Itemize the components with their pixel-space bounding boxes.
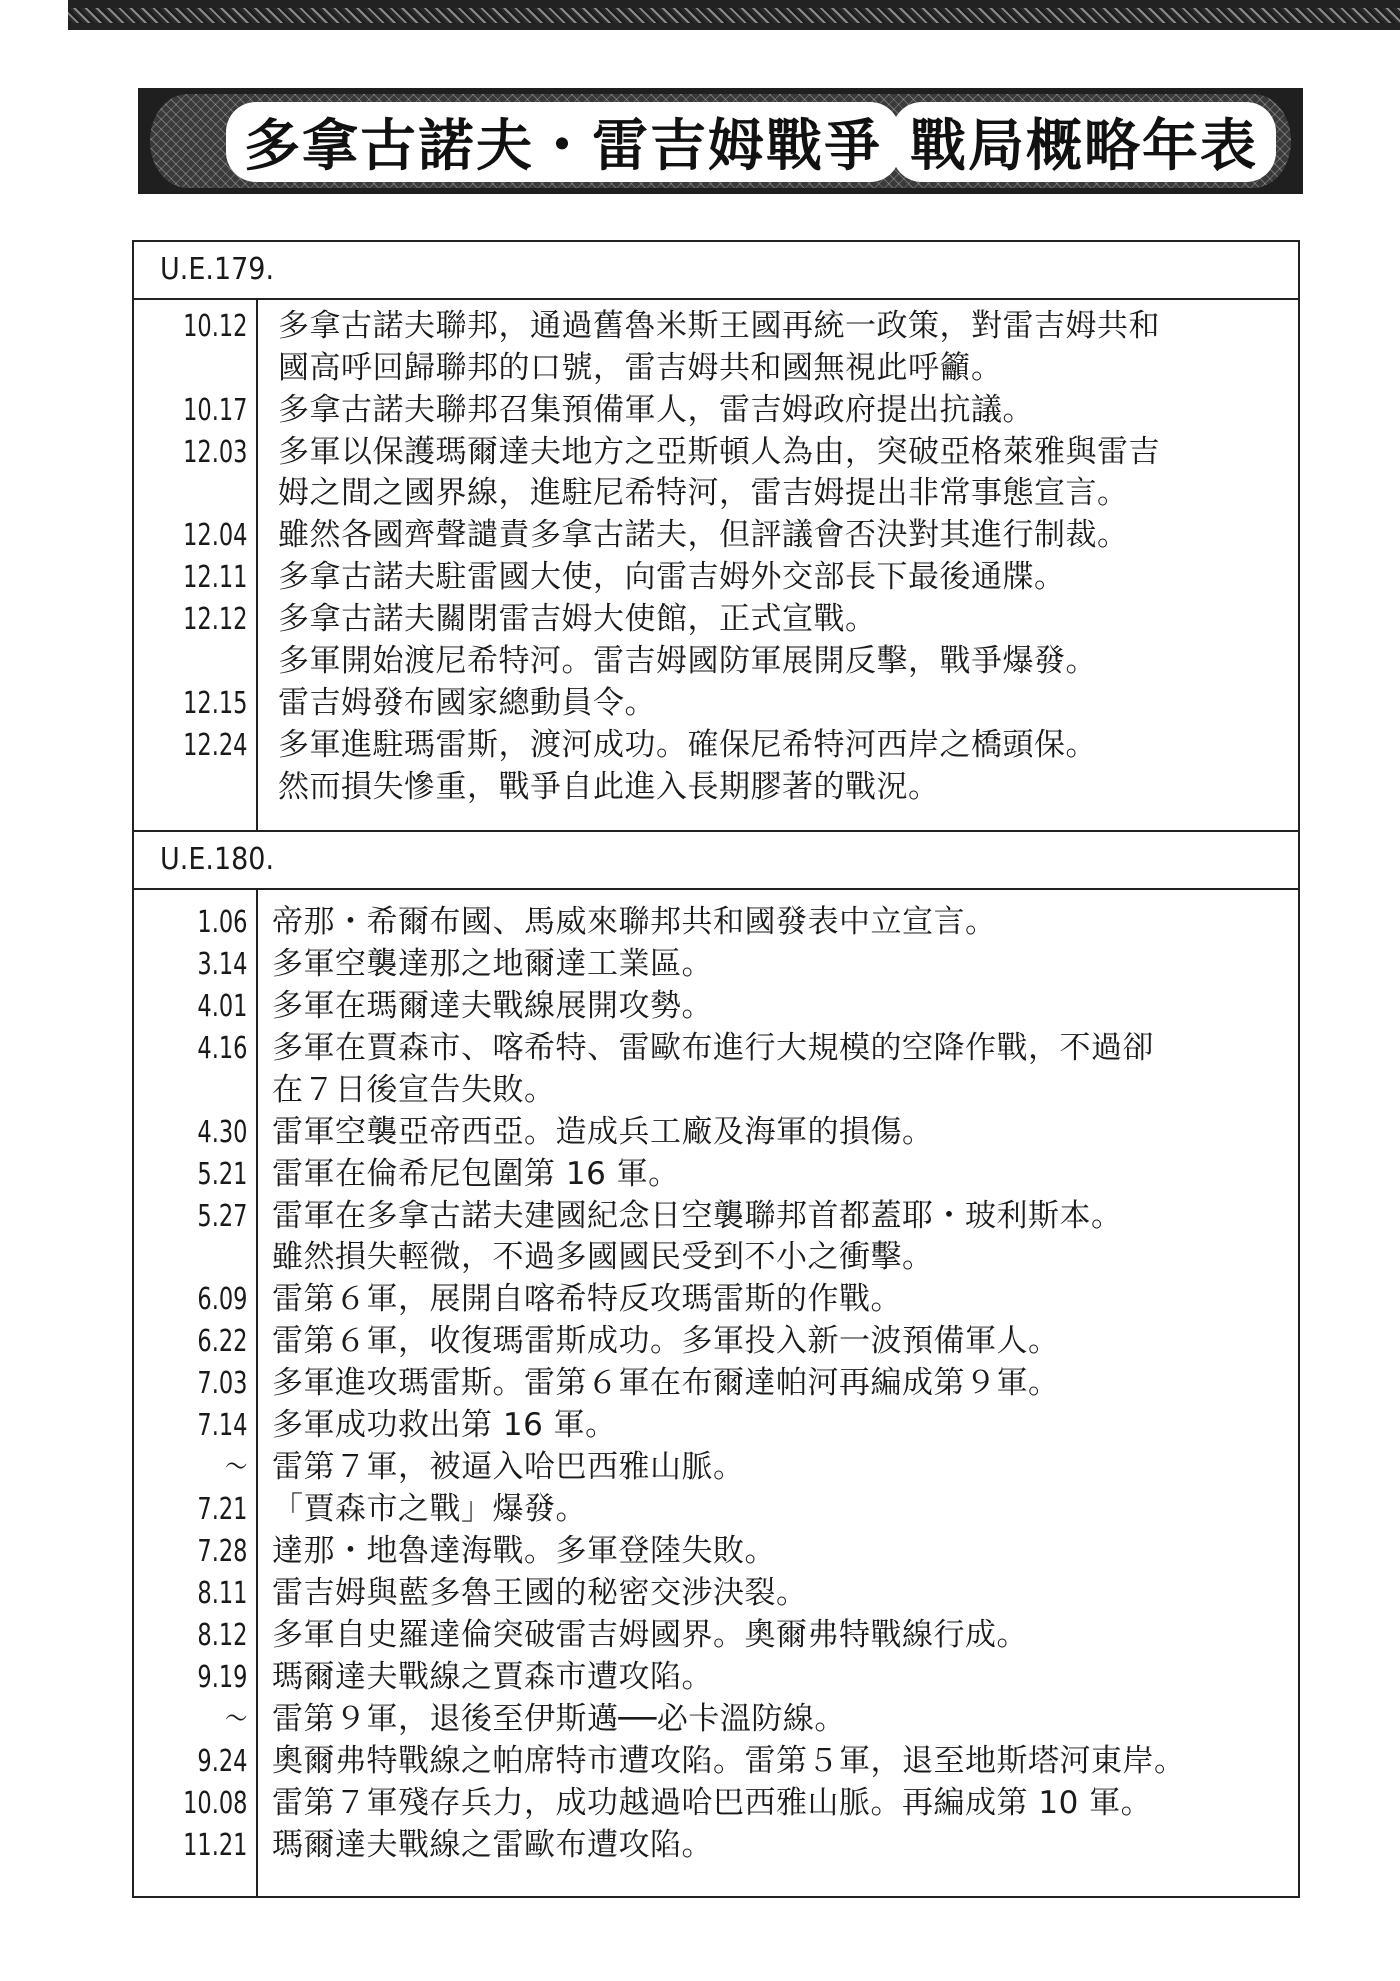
entry-text: 多軍進攻瑪雷斯。雷第６軍在布爾達帕河再編成第９軍。 [258,1363,1060,1405]
entry-date: ～ [165,1699,258,1741]
entry-date: 7.28 [165,1531,258,1573]
entry-text: 雷軍空襲亞帝西亞。造成兵工廠及海軍的損傷。 [258,1112,934,1154]
timeline-entry: 3.14多軍空襲達那之地爾達工業區。 [134,944,1298,986]
timeline-entry: 7.21「賈森市之戰」爆發。 [134,1489,1298,1531]
entry-date: 6.22 [165,1321,258,1363]
entry-text-line: 多軍在瑪爾達夫戰線展開攻勢。 [272,986,713,1028]
entry-text-line: 帝那・希爾布國、馬威來聯邦共和國發表中立宣言。 [272,902,997,944]
entry-text-line: 多軍開始渡尼希特河。雷吉姆國防軍展開反擊，戰爭爆發。 [278,641,1097,683]
year-header-180: U.E.180. [134,830,1298,890]
entry-text-line: 雷吉姆發布國家總動員令。 [278,683,656,725]
entry-text-line: 多軍以保護瑪爾達夫地方之亞斯頓人為由，突破亞格萊雅與雷吉 [278,432,1160,474]
entry-text: 多拿古諾夫關閉雷吉姆大使館，正式宣戰。多軍開始渡尼希特河。雷吉姆國防軍展開反擊，… [258,599,1097,683]
timeline-entry: 12.03多軍以保護瑪爾達夫地方之亞斯頓人為由，突破亞格萊雅與雷吉姆之間之國界線… [134,432,1298,516]
entry-text: 帝那・希爾布國、馬威來聯邦共和國發表中立宣言。 [258,902,997,944]
entry-text-line: 在７日後宣告失敗。 [272,1070,1154,1112]
entry-text-line: 雷吉姆與藍多魯王國的秘密交涉決裂。 [272,1573,808,1615]
entry-date: 5.21 [165,1154,258,1196]
entry-date: 3.14 [165,944,258,986]
entry-date: 7.14 [165,1405,258,1447]
entry-text-line: 雷第７軍，被逼入哈巴西雅山脈。 [272,1447,745,1489]
entry-date: 4.16 [165,1028,258,1070]
entry-text-line: 瑪爾達夫戰線之雷歐布遭攻陷。 [272,1825,713,1867]
timeline-entry: 4.01多軍在瑪爾達夫戰線展開攻勢。 [134,986,1298,1028]
entry-text-line: 雷第７軍殘存兵力，成功越過哈巴西雅山脈。再編成第 10 軍。 [272,1783,1152,1825]
entry-date: 7.03 [165,1363,258,1405]
year-body-179: 10.12多拿古諾夫聯邦，通過舊魯米斯王國再統一政策，對雷吉姆共和國高呼回歸聯邦… [134,298,1298,830]
entry-date: 9.19 [165,1657,258,1699]
timeline-entry: 10.08雷第７軍殘存兵力，成功越過哈巴西雅山脈。再編成第 10 軍。 [134,1783,1298,1825]
timeline-entry: 12.12多拿古諾夫關閉雷吉姆大使館，正式宣戰。多軍開始渡尼希特河。雷吉姆國防軍… [134,599,1298,683]
timeline-entry: 9.19瑪爾達夫戰線之賈森市遭攻陷。 [134,1657,1298,1699]
entry-text-line: 瑪爾達夫戰線之賈森市遭攻陷。 [272,1657,713,1699]
entry-date: 9.24 [165,1741,258,1783]
entry-text-line: 雖然損失輕微，不過多國國民受到不小之衝擊。 [272,1237,1123,1279]
timeline-entry: 6.09雷第６軍，展開自喀希特反攻瑪雷斯的作戰。 [134,1279,1298,1321]
page-subtitle: 戰局概略年表 [896,106,1272,178]
entry-text-line: 達那・地魯達海戰。多軍登陸失敗。 [272,1531,776,1573]
entry-text: 雷吉姆與藍多魯王國的秘密交涉決裂。 [258,1573,808,1615]
entry-list: 10.12多拿古諾夫聯邦，通過舊魯米斯王國再統一政策，對雷吉姆共和國高呼回歸聯邦… [134,306,1298,808]
entry-text-line: 雷第６軍，展開自喀希特反攻瑪雷斯的作戰。 [272,1279,902,1321]
timeline-entry: 7.14多軍成功救出第 16 軍。 [134,1405,1298,1447]
entry-text-line: 多軍進攻瑪雷斯。雷第６軍在布爾達帕河再編成第９軍。 [272,1363,1060,1405]
entry-text-line: 多拿古諾夫關閉雷吉姆大使館，正式宣戰。 [278,599,1097,641]
entry-text: 多拿古諾夫駐雷國大使，向雷吉姆外交部長下最後通牒。 [258,557,1066,599]
entry-text-line: 多拿古諾夫聯邦，通過舊魯米斯王國再統一政策，對雷吉姆共和 [278,306,1160,348]
entry-date: 10.17 [165,390,258,432]
entry-text-line: 多拿古諾夫聯邦召集預備軍人，雷吉姆政府提出抗議。 [278,390,1034,432]
entry-date: 4.30 [165,1112,258,1154]
entry-text: 多軍空襲達那之地爾達工業區。 [258,944,713,986]
entry-text: 多拿古諾夫聯邦召集預備軍人，雷吉姆政府提出抗議。 [258,390,1034,432]
entry-text: 奧爾弗特戰線之帕席特市遭攻陷。雷第５軍，退至地斯塔河東岸。 [258,1741,1186,1783]
title-banner: 多拿古諾夫・雷吉姆戰爭 戰局概略年表 [138,88,1303,194]
entry-text: 「賈森市之戰」爆發。 [258,1489,587,1531]
timeline-entry: ～雷第７軍，被逼入哈巴西雅山脈。 [134,1447,1298,1489]
timeline-entry: 8.11雷吉姆與藍多魯王國的秘密交涉決裂。 [134,1573,1298,1615]
timeline-entry: 12.24多軍進駐瑪雷斯，渡河成功。確保尼希特河西岸之橋頭保。然而損失慘重，戰爭… [134,725,1298,809]
entry-date: 10.08 [165,1783,258,1825]
entry-date: 12.04 [165,515,258,557]
entry-text-line: 雷第９軍，退後至伊斯邁──必卡溫防線。 [272,1699,846,1741]
entry-text-line: 多軍自史羅達倫突破雷吉姆國界。奧爾弗特戰線行成。 [272,1615,1028,1657]
entry-date: 8.12 [165,1615,258,1657]
timeline-entry: 10.17多拿古諾夫聯邦召集預備軍人，雷吉姆政府提出抗議。 [134,390,1298,432]
entry-text: 雷第６軍，收復瑪雷斯成功。多軍投入新一波預備軍人。 [258,1321,1060,1363]
timeline-entry: 12.15雷吉姆發布國家總動員令。 [134,683,1298,725]
entry-text-line: 雷軍在倫希尼包圍第 16 軍。 [272,1154,680,1196]
entry-text-line: 多軍成功救出第 16 軍。 [272,1405,617,1447]
entry-text: 瑪爾達夫戰線之賈森市遭攻陷。 [258,1657,713,1699]
entry-text-line: 雖然各國齊聲譴責多拿古諾夫，但評議會否決對其進行制裁。 [278,515,1129,557]
timeline-entry: 11.21瑪爾達夫戰線之雷歐布遭攻陷。 [134,1825,1298,1867]
entry-text: 多軍在瑪爾達夫戰線展開攻勢。 [258,986,713,1028]
entry-text: 雷吉姆發布國家總動員令。 [258,683,656,725]
page-title: 多拿古諾夫・雷吉姆戰爭 [230,106,896,178]
entry-date: 5.27 [165,1196,258,1238]
entry-text: 多軍在賈森市、喀希特、雷歐布進行大規模的空降作戰，不過卻在７日後宣告失敗。 [258,1028,1154,1112]
entry-date: 12.11 [165,557,258,599]
entry-text-line: 多軍在賈森市、喀希特、雷歐布進行大規模的空降作戰，不過卻 [272,1028,1154,1070]
entry-text: 多軍以保護瑪爾達夫地方之亞斯頓人為由，突破亞格萊雅與雷吉姆之間之國界線，進駐尼希… [258,432,1160,516]
entry-text-line: 雷軍空襲亞帝西亞。造成兵工廠及海軍的損傷。 [272,1112,934,1154]
entry-text-line: 奧爾弗特戰線之帕席特市遭攻陷。雷第５軍，退至地斯塔河東岸。 [272,1741,1186,1783]
entry-text: 雖然各國齊聲譴責多拿古諾夫，但評議會否決對其進行制裁。 [258,515,1129,557]
entry-date: 12.24 [165,725,258,767]
entry-date: 8.11 [165,1573,258,1615]
timeline-entry: 7.03多軍進攻瑪雷斯。雷第６軍在布爾達帕河再編成第９軍。 [134,1363,1298,1405]
entry-text-line: 然而損失慘重，戰爭自此進入長期膠著的戰況。 [278,767,1097,809]
timeline-entry: 5.27雷軍在多拿古諾夫建國紀念日空襲聯邦首都蓋耶・玻利斯本。雖然損失輕微，不過… [134,1196,1298,1280]
timeline-entry: 12.11多拿古諾夫駐雷國大使，向雷吉姆外交部長下最後通牒。 [134,557,1298,599]
year-header-179: U.E.179. [134,242,1298,300]
timeline-entry: 4.30雷軍空襲亞帝西亞。造成兵工廠及海軍的損傷。 [134,1112,1298,1154]
entry-text-line: 多軍進駐瑪雷斯，渡河成功。確保尼希特河西岸之橋頭保。 [278,725,1097,767]
chronology-table: U.E.179. 10.12多拿古諾夫聯邦，通過舊魯米斯王國再統一政策，對雷吉姆… [132,240,1300,1898]
entry-date: 12.03 [165,432,258,474]
entry-text: 雷第９軍，退後至伊斯邁──必卡溫防線。 [258,1699,846,1741]
entry-text-line: 雷軍在多拿古諾夫建國紀念日空襲聯邦首都蓋耶・玻利斯本。 [272,1196,1123,1238]
timeline-entry: 4.16多軍在賈森市、喀希特、雷歐布進行大規模的空降作戰，不過卻在７日後宣告失敗… [134,1028,1298,1112]
timeline-entry: 12.04雖然各國齊聲譴責多拿古諾夫，但評議會否決對其進行制裁。 [134,515,1298,557]
entry-text: 雷第７軍殘存兵力，成功越過哈巴西雅山脈。再編成第 10 軍。 [258,1783,1152,1825]
timeline-entry: 9.24奧爾弗特戰線之帕席特市遭攻陷。雷第５軍，退至地斯塔河東岸。 [134,1741,1298,1783]
entry-text-line: 多軍空襲達那之地爾達工業區。 [272,944,713,986]
entry-text-line: 國高呼回歸聯邦的口號，雷吉姆共和國無視此呼籲。 [278,348,1160,390]
entry-list: 1.06帝那・希爾布國、馬威來聯邦共和國發表中立宣言。3.14多軍空襲達那之地爾… [134,902,1298,1867]
entry-date: 11.21 [165,1825,258,1867]
entry-date: 4.01 [165,986,258,1028]
entry-text: 多軍成功救出第 16 軍。 [258,1405,617,1447]
entry-text: 多軍自史羅達倫突破雷吉姆國界。奧爾弗特戰線行成。 [258,1615,1028,1657]
year-body-180: 1.06帝那・希爾布國、馬威來聯邦共和國發表中立宣言。3.14多軍空襲達那之地爾… [134,888,1298,1898]
entry-text: 多拿古諾夫聯邦，通過舊魯米斯王國再統一政策，對雷吉姆共和國高呼回歸聯邦的口號，雷… [258,306,1160,390]
decorative-top-border [68,0,1400,30]
entry-text-line: 姆之間之國界線，進駐尼希特河，雷吉姆提出非常事態宣言。 [278,473,1160,515]
entry-text: 雷第７軍，被逼入哈巴西雅山脈。 [258,1447,745,1489]
timeline-entry: 7.28達那・地魯達海戰。多軍登陸失敗。 [134,1531,1298,1573]
entry-text-line: 雷第６軍，收復瑪雷斯成功。多軍投入新一波預備軍人。 [272,1321,1060,1363]
entry-text: 多軍進駐瑪雷斯，渡河成功。確保尼希特河西岸之橋頭保。然而損失慘重，戰爭自此進入長… [258,725,1097,809]
entry-text-line: 多拿古諾夫駐雷國大使，向雷吉姆外交部長下最後通牒。 [278,557,1066,599]
entry-text: 雷軍在倫希尼包圍第 16 軍。 [258,1154,680,1196]
entry-text: 雷第６軍，展開自喀希特反攻瑪雷斯的作戰。 [258,1279,902,1321]
entry-date: 6.09 [165,1279,258,1321]
timeline-entry: 10.12多拿古諾夫聯邦，通過舊魯米斯王國再統一政策，對雷吉姆共和國高呼回歸聯邦… [134,306,1298,390]
timeline-entry: 8.12多軍自史羅達倫突破雷吉姆國界。奧爾弗特戰線行成。 [134,1615,1298,1657]
entry-date: ～ [165,1447,258,1489]
timeline-entry: ～雷第９軍，退後至伊斯邁──必卡溫防線。 [134,1699,1298,1741]
entry-text: 雷軍在多拿古諾夫建國紀念日空襲聯邦首都蓋耶・玻利斯本。雖然損失輕微，不過多國國民… [258,1196,1123,1280]
entry-text: 瑪爾達夫戰線之雷歐布遭攻陷。 [258,1825,713,1867]
entry-date: 10.12 [165,306,258,348]
timeline-entry: 1.06帝那・希爾布國、馬威來聯邦共和國發表中立宣言。 [134,902,1298,944]
timeline-entry: 5.21雷軍在倫希尼包圍第 16 軍。 [134,1154,1298,1196]
entry-text: 達那・地魯達海戰。多軍登陸失敗。 [258,1531,776,1573]
entry-date: 12.15 [165,683,258,725]
entry-date: 7.21 [165,1489,258,1531]
entry-date: 1.06 [165,902,258,944]
entry-text-line: 「賈森市之戰」爆發。 [272,1489,587,1531]
timeline-entry: 6.22雷第６軍，收復瑪雷斯成功。多軍投入新一波預備軍人。 [134,1321,1298,1363]
entry-date: 12.12 [165,599,258,641]
